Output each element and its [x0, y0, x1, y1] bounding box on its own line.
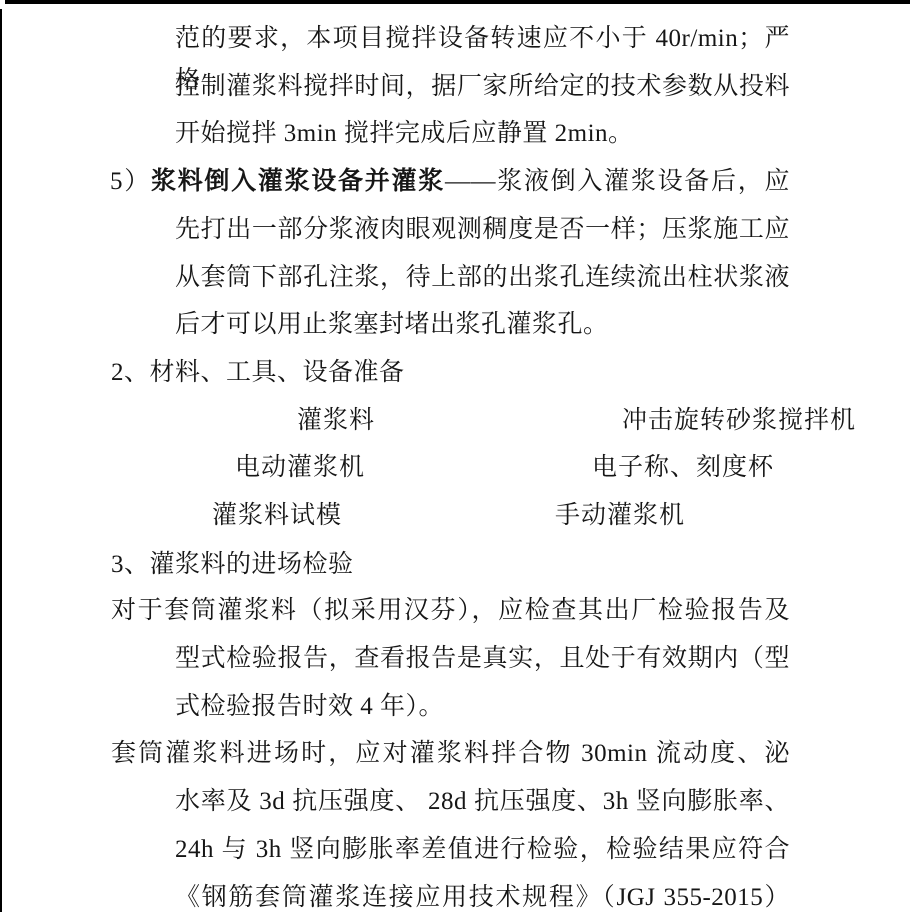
scan-edge-left	[0, 9, 2, 912]
scan-edge-top	[5, 0, 910, 4]
list-item-5-line: 5）浆料倒入灌浆设备并灌浆——浆液倒入灌浆设备后，应	[110, 161, 790, 203]
text-line: 范的要求，本项目搅拌设备转速应不小于 40r/min；严格	[175, 18, 790, 60]
equipment-item: 灌浆料	[297, 401, 375, 441]
section-heading-materials: 2、材料、工具、设备准备	[111, 352, 790, 394]
equipment-item: 电子称、刻度杯	[592, 448, 774, 488]
equipment-item: 灌浆料试模	[212, 496, 342, 536]
text-line: 式检验报告时效 4 年）。	[175, 686, 790, 728]
text-line: 套筒灌浆料进场时，应对灌浆料拌合物 30min 流动度、泌	[111, 733, 790, 775]
text-line: 控制灌浆料搅拌时间，据厂家所给定的技术参数从投料	[175, 66, 790, 108]
text-line: 对于套筒灌浆料（拟采用汉芬），应检查其出厂检验报告及	[111, 590, 790, 632]
equipment-item: 手动灌浆机	[555, 496, 685, 536]
text-line: 水率及 3d 抗压强度、 28d 抗压强度、3h 竖向膨胀率、	[175, 781, 790, 823]
section-heading-inspection: 3、灌浆料的进场检验	[111, 544, 790, 586]
text-line: 先打出一部分浆液肉眼观测稠度是否一样；压浆施工应	[175, 209, 790, 251]
list-item-text: ——浆液倒入灌浆设备后，应	[445, 168, 790, 195]
text-line: 后才可以用止浆塞封堵出浆孔灌浆孔。	[175, 304, 790, 346]
list-item-number: 5）	[110, 168, 151, 195]
text-line: 型式检验报告，查看报告是真实，且处于有效期内（型	[175, 638, 790, 680]
list-item-title: 浆料倒入灌浆设备并灌浆	[151, 168, 445, 195]
document-page: 范的要求，本项目搅拌设备转速应不小于 40r/min；严格 控制灌浆料搅拌时间，…	[0, 0, 910, 919]
text-line: 24h 与 3h 竖向膨胀率差值进行检验，检验结果应符合	[175, 829, 790, 871]
equipment-item: 电动灌浆机	[235, 448, 365, 488]
text-line: 从套筒下部孔注浆，待上部的出浆孔连续流出柱状浆液	[175, 257, 790, 299]
text-line: 《钢筋套筒灌浆连接应用技术规程》（JGJ 355-2015）第	[175, 877, 790, 919]
equipment-item: 冲击旋转砂浆搅拌机	[622, 401, 856, 441]
text-line: 开始搅拌 3min 搅拌完成后应静置 2min。	[175, 113, 790, 155]
